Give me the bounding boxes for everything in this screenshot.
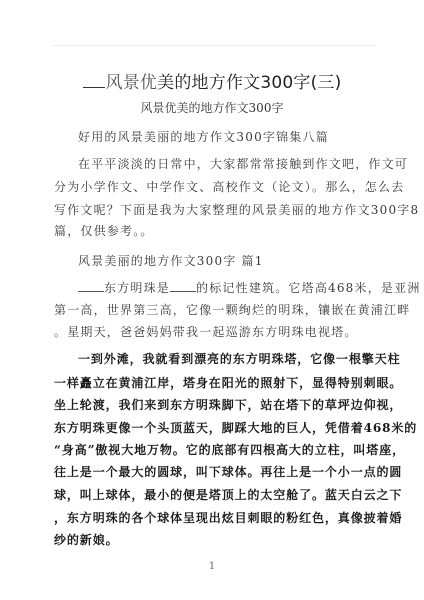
essay-p1-line-1: 东方明珠是的标记性建筑。它塔高468米，是亚洲: [78, 279, 421, 296]
essay-p2-line-8: ，东方明珠的各个球体呈现出炫目刺眼的粉红色，真像披着婚: [54, 509, 402, 526]
intro-line-3: 写作文呢？下面是我为大家整理的风景美丽的地方作文300字8: [54, 201, 419, 218]
essay-heading: 风景美丽的地方作文300字 篇1: [78, 252, 264, 269]
intro-line-2: 分为小学作文、中学作文、高校作文（论文）。那么，怎么去: [54, 178, 404, 195]
intro-line-1: 在平平淡淡的日常中，大家都常常接触到作文吧，作文可: [78, 155, 408, 172]
collection-heading: 好用的风景美丽的地方作文300字锦集八篇: [78, 128, 329, 145]
essay-p2-line-6: 往上是一个最大的圆球，叫下球体。再往上是一个小一点的圆: [54, 463, 402, 480]
essay-p2-line-3: 坐上轮渡，我们来到东方明珠脚下，站在塔下的草坪边仰视，: [54, 396, 402, 413]
essay-p2-line-1: 一到外滩，我就看到漂亮的东方明珠塔，它像一根擎天柱: [78, 350, 401, 367]
essay-p1-line-1-part-1: 东方明珠是: [104, 281, 170, 295]
document-subtitle: 风景优美的地方作文300字: [0, 99, 424, 116]
fill-blank-1: [78, 280, 104, 292]
title-part-main: 美的地方作文300字(三): [157, 73, 341, 93]
essay-p2-line-5: “身高”傲视大地万物。它的底部有四根高大的立柱，叫塔座，: [54, 441, 405, 458]
essay-p1-line-2: 第一高，世界第三高，它像一颗绚烂的明珠，镶嵌在黄浦江畔: [54, 301, 410, 318]
document-page: 风景优美的地方作文300字(三) 风景优美的地方作文300字 好用的风景美丽的地…: [0, 0, 424, 600]
essay-p2-line-7: 球，叫上球体，最小的便是塔顶上的太空舱了。蓝天白云之下: [54, 486, 402, 503]
essay-p1-line-1-part-2: 的标记性建筑。它塔高468米，是亚洲: [196, 281, 421, 295]
essay-p2-line-2: 一样矗立在黄浦江岸，塔身在阳光的照射下，显得特别刺眼。: [54, 374, 402, 391]
essay-p2-line-4: 东方明珠更像一个头顶蓝天，脚踩大地的巨人，凭借着468米的: [54, 419, 417, 436]
title-blank-underline: [83, 73, 105, 88]
essay-p2-line-9: 纱的新娘。: [54, 531, 119, 548]
title-part-light: 风景优: [106, 73, 158, 93]
intro-line-4: 篇，仅供参考。。: [54, 222, 154, 239]
fill-blank-2: [170, 280, 196, 292]
page-number: 1: [0, 561, 424, 572]
header-rule: [52, 45, 376, 46]
essay-p1-line-3: 。星期天，爸爸妈妈带我一起巡游东方明珠电视塔。: [54, 323, 358, 340]
document-title: 风景优美的地方作文300字(三): [0, 68, 424, 93]
